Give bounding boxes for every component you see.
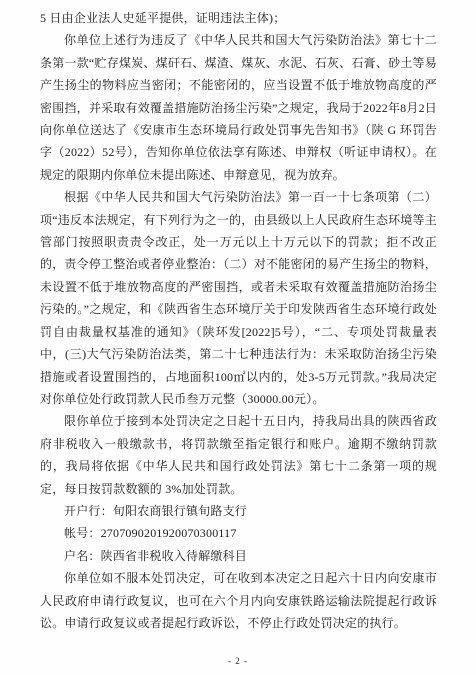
paragraph-legal-basis-and-penalty: 根据《中华人民共和国大气污染防治法》第一百一十七条项第（二）项“违反本法规定，有… [40, 186, 437, 410]
account-number-line: 帐号：2707090201920070300117 [40, 522, 437, 544]
paragraph-violation-facts: 你单位上述行为违反了《中华人民共和国大气污染防治法》第七十二条第一款“贮存煤炭、… [40, 29, 437, 186]
paragraph-payment-deadline: 限你单位于接到本处罚决定之日起十五日内，持我局出具的陕西省政府非税收入一般缴款书… [40, 410, 437, 500]
account-holder-line: 户名：陕西省非税收入待解缴科目 [40, 545, 437, 567]
document-body: 5 日由企业法人史延平提供，证明违法主体)； 你单位上述行为违反了《中华人民共和… [40, 7, 437, 634]
paragraph-appeal-rights: 你单位如不服本处罚决定，可在收到本决定之日起六十日内向安康市人民政府申请行政复议… [40, 567, 437, 634]
document-page: 5 日由企业法人史延平提供，证明违法主体)； 你单位上述行为违反了《中华人民共和… [0, 0, 476, 676]
page-number: - 2 - [0, 656, 476, 666]
paragraph-continuation: 5 日由企业法人史延平提供，证明违法主体)； [40, 7, 437, 29]
bank-name-line: 开户行：旬阳农商银行镇旬路支行 [40, 500, 437, 522]
